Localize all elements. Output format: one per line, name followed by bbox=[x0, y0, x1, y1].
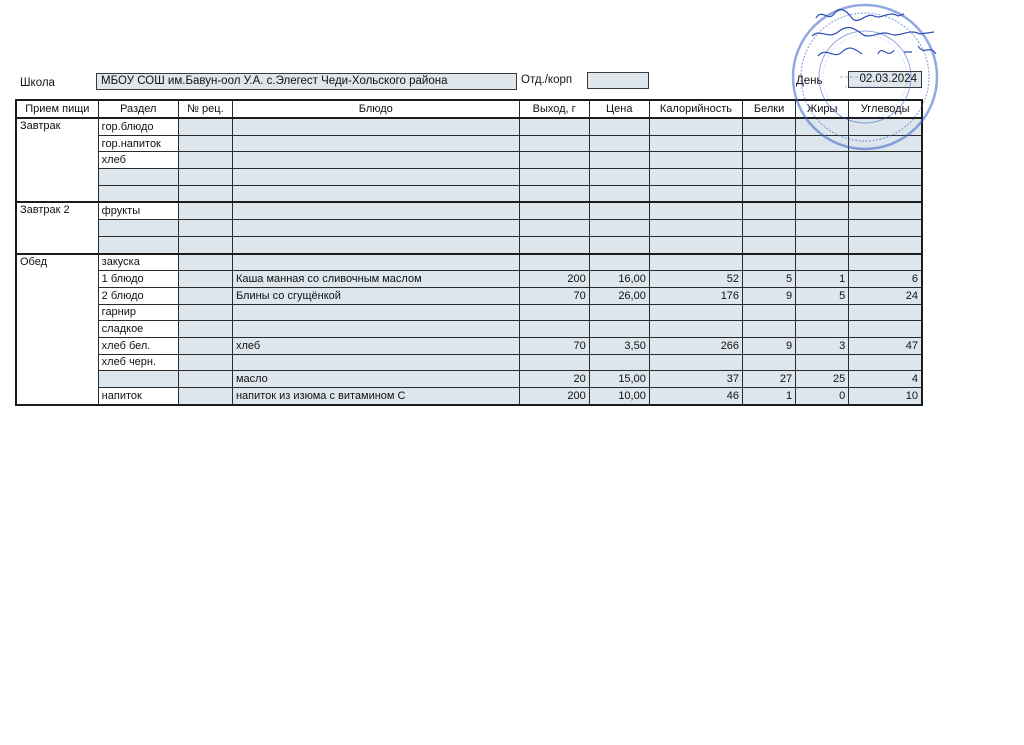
dish-cell[interactable] bbox=[232, 354, 519, 371]
section-cell[interactable] bbox=[98, 185, 178, 202]
table-row bbox=[16, 220, 922, 237]
column-header-calories: Калорийность bbox=[649, 100, 742, 118]
school-name-field[interactable]: МБОУ СОШ им.Бавун-оол У.А. с.Элегест Чед… bbox=[96, 73, 517, 90]
carbs-cell[interactable] bbox=[849, 202, 922, 219]
calories-cell[interactable] bbox=[649, 220, 742, 237]
proteins-cell[interactable] bbox=[743, 118, 796, 135]
recipe-cell[interactable] bbox=[178, 185, 232, 202]
recipe-cell[interactable] bbox=[178, 135, 232, 152]
recipe-cell[interactable] bbox=[178, 354, 232, 371]
yield-cell[interactable] bbox=[519, 220, 589, 237]
proteins-cell[interactable]: 1 bbox=[743, 388, 796, 405]
section-cell[interactable]: фрукты bbox=[98, 202, 178, 219]
carbs-cell[interactable] bbox=[849, 220, 922, 237]
price-cell[interactable] bbox=[589, 321, 649, 338]
proteins-cell[interactable]: 9 bbox=[743, 287, 796, 304]
price-cell[interactable] bbox=[589, 220, 649, 237]
calories-cell[interactable] bbox=[649, 354, 742, 371]
carbs-cell[interactable] bbox=[849, 118, 922, 135]
dish-cell[interactable] bbox=[232, 254, 519, 271]
recipe-cell[interactable] bbox=[178, 236, 232, 253]
carbs-cell[interactable] bbox=[849, 321, 922, 338]
fats-cell[interactable] bbox=[796, 118, 849, 135]
department-field[interactable] bbox=[587, 72, 649, 89]
price-cell[interactable] bbox=[589, 185, 649, 202]
yield-cell[interactable] bbox=[519, 185, 589, 202]
fats-cell[interactable] bbox=[796, 152, 849, 169]
recipe-cell[interactable] bbox=[178, 287, 232, 304]
column-header-carbs: Углеводы bbox=[849, 100, 922, 118]
price-cell[interactable] bbox=[589, 354, 649, 371]
carbs-cell[interactable]: 4 bbox=[849, 371, 922, 388]
carbs-cell[interactable] bbox=[849, 135, 922, 152]
carbs-cell[interactable] bbox=[849, 152, 922, 169]
calories-cell[interactable] bbox=[649, 185, 742, 202]
table-row bbox=[16, 185, 922, 202]
table-row: сладкое bbox=[16, 321, 922, 338]
proteins-cell[interactable] bbox=[743, 304, 796, 321]
column-header-dish: Блюдо bbox=[232, 100, 519, 118]
calories-cell[interactable] bbox=[649, 202, 742, 219]
section-cell[interactable] bbox=[98, 169, 178, 186]
price-cell[interactable] bbox=[589, 118, 649, 135]
yield-cell[interactable] bbox=[519, 321, 589, 338]
section-cell[interactable]: хлеб bbox=[98, 152, 178, 169]
meal-cell: Завтрак bbox=[16, 118, 98, 202]
table-row: хлеб черн. bbox=[16, 354, 922, 371]
calories-cell[interactable] bbox=[649, 169, 742, 186]
proteins-cell[interactable] bbox=[743, 135, 796, 152]
proteins-cell[interactable] bbox=[743, 169, 796, 186]
section-cell[interactable] bbox=[98, 236, 178, 253]
table-row: масло2015,003727254 bbox=[16, 371, 922, 388]
yield-cell[interactable] bbox=[519, 202, 589, 219]
section-cell[interactable]: гор.блюдо bbox=[98, 118, 178, 135]
carbs-cell[interactable]: 24 bbox=[849, 287, 922, 304]
price-cell[interactable]: 15,00 bbox=[589, 371, 649, 388]
table-row: гор.напиток bbox=[16, 135, 922, 152]
section-cell[interactable]: 1 блюдо bbox=[98, 271, 178, 288]
section-cell[interactable]: хлеб черн. bbox=[98, 354, 178, 371]
recipe-cell[interactable] bbox=[178, 202, 232, 219]
proteins-cell[interactable] bbox=[743, 152, 796, 169]
yield-cell[interactable] bbox=[519, 354, 589, 371]
calories-cell[interactable]: 176 bbox=[649, 287, 742, 304]
dish-cell[interactable] bbox=[232, 169, 519, 186]
fats-cell[interactable]: 3 bbox=[796, 337, 849, 354]
calories-cell[interactable] bbox=[649, 152, 742, 169]
yield-cell[interactable] bbox=[519, 304, 589, 321]
price-cell[interactable] bbox=[589, 236, 649, 253]
section-cell[interactable]: 2 блюдо bbox=[98, 287, 178, 304]
yield-cell[interactable]: 20 bbox=[519, 371, 589, 388]
calories-cell[interactable] bbox=[649, 236, 742, 253]
table-row bbox=[16, 169, 922, 186]
carbs-cell[interactable]: 47 bbox=[849, 337, 922, 354]
fats-cell[interactable]: 5 bbox=[796, 287, 849, 304]
yield-cell[interactable]: 70 bbox=[519, 287, 589, 304]
calories-cell[interactable] bbox=[649, 135, 742, 152]
meal-cell: Обед bbox=[16, 254, 98, 405]
fats-cell[interactable] bbox=[796, 304, 849, 321]
calories-cell[interactable] bbox=[649, 321, 742, 338]
dish-cell[interactable] bbox=[232, 152, 519, 169]
carbs-cell[interactable] bbox=[849, 169, 922, 186]
dish-cell[interactable] bbox=[232, 185, 519, 202]
dish-cell[interactable] bbox=[232, 202, 519, 219]
section-cell[interactable]: гарнир bbox=[98, 304, 178, 321]
yield-cell[interactable] bbox=[519, 254, 589, 271]
fats-cell[interactable] bbox=[796, 236, 849, 253]
fats-cell[interactable] bbox=[796, 220, 849, 237]
carbs-cell[interactable] bbox=[849, 354, 922, 371]
recipe-cell[interactable] bbox=[178, 321, 232, 338]
recipe-cell[interactable] bbox=[178, 152, 232, 169]
proteins-cell[interactable] bbox=[743, 220, 796, 237]
carbs-cell[interactable]: 6 bbox=[849, 271, 922, 288]
dish-cell[interactable]: хлеб bbox=[232, 337, 519, 354]
column-header-recipe: № рец. bbox=[178, 100, 232, 118]
recipe-cell[interactable] bbox=[178, 337, 232, 354]
dish-cell[interactable] bbox=[232, 220, 519, 237]
proteins-cell[interactable] bbox=[743, 185, 796, 202]
price-cell[interactable] bbox=[589, 169, 649, 186]
yield-cell[interactable] bbox=[519, 236, 589, 253]
calories-cell[interactable] bbox=[649, 254, 742, 271]
section-cell[interactable]: закуска bbox=[98, 254, 178, 271]
carbs-cell[interactable] bbox=[849, 304, 922, 321]
section-cell[interactable]: сладкое bbox=[98, 321, 178, 338]
department-label: Отд./корп bbox=[521, 74, 572, 86]
proteins-cell[interactable] bbox=[743, 236, 796, 253]
dish-cell[interactable] bbox=[232, 118, 519, 135]
carbs-cell[interactable] bbox=[849, 185, 922, 202]
column-header-meal: Прием пищи bbox=[16, 100, 98, 118]
dish-cell[interactable] bbox=[232, 135, 519, 152]
recipe-cell[interactable] bbox=[178, 220, 232, 237]
school-label: Школа bbox=[20, 77, 55, 89]
dish-cell[interactable]: Каша манная со сливочным маслом bbox=[232, 271, 519, 288]
table-row: гарнир bbox=[16, 304, 922, 321]
dish-cell[interactable] bbox=[232, 321, 519, 338]
menu-table: Прием пищиРаздел№ рец.БлюдоВыход, гЦенаК… bbox=[15, 99, 923, 406]
yield-cell[interactable] bbox=[519, 169, 589, 186]
day-field[interactable]: 02.03.2024 bbox=[848, 71, 922, 88]
proteins-cell[interactable] bbox=[743, 254, 796, 271]
calories-cell[interactable]: 266 bbox=[649, 337, 742, 354]
fats-cell[interactable]: 25 bbox=[796, 371, 849, 388]
proteins-cell[interactable]: 27 bbox=[743, 371, 796, 388]
price-cell[interactable]: 26,00 bbox=[589, 287, 649, 304]
proteins-cell[interactable] bbox=[743, 354, 796, 371]
fats-cell[interactable] bbox=[796, 169, 849, 186]
table-row bbox=[16, 236, 922, 253]
recipe-cell[interactable] bbox=[178, 118, 232, 135]
table-row: хлеб бел.хлеб703,502669347 bbox=[16, 337, 922, 354]
table-row: Обедзакуска bbox=[16, 254, 922, 271]
table-row: 1 блюдоКаша манная со сливочным маслом20… bbox=[16, 271, 922, 288]
dish-cell[interactable]: масло bbox=[232, 371, 519, 388]
fats-cell[interactable]: 1 bbox=[796, 271, 849, 288]
price-cell[interactable] bbox=[589, 202, 649, 219]
price-cell[interactable] bbox=[589, 135, 649, 152]
yield-cell[interactable]: 200 bbox=[519, 388, 589, 405]
price-cell[interactable]: 3,50 bbox=[589, 337, 649, 354]
column-header-price: Цена bbox=[589, 100, 649, 118]
yield-cell[interactable]: 70 bbox=[519, 337, 589, 354]
table-row: 2 блюдоБлины со сгущёнкой7026,001769524 bbox=[16, 287, 922, 304]
price-cell[interactable]: 10,00 bbox=[589, 388, 649, 405]
table-row: напитокнапиток из изюма с витамином С200… bbox=[16, 388, 922, 405]
proteins-cell[interactable]: 5 bbox=[743, 271, 796, 288]
yield-cell[interactable] bbox=[519, 135, 589, 152]
table-header-row: Прием пищиРаздел№ рец.БлюдоВыход, гЦенаК… bbox=[16, 100, 922, 118]
proteins-cell[interactable] bbox=[743, 202, 796, 219]
calories-cell[interactable] bbox=[649, 118, 742, 135]
section-cell[interactable] bbox=[98, 371, 178, 388]
price-cell[interactable] bbox=[589, 152, 649, 169]
proteins-cell[interactable] bbox=[743, 321, 796, 338]
carbs-cell[interactable]: 10 bbox=[849, 388, 922, 405]
recipe-cell[interactable] bbox=[178, 271, 232, 288]
recipe-cell[interactable] bbox=[178, 388, 232, 405]
fats-cell[interactable] bbox=[796, 185, 849, 202]
price-cell[interactable] bbox=[589, 304, 649, 321]
table-row: Завтрак 2фрукты bbox=[16, 202, 922, 219]
section-cell[interactable]: хлеб бел. bbox=[98, 337, 178, 354]
yield-cell[interactable] bbox=[519, 152, 589, 169]
day-label: День bbox=[796, 75, 823, 87]
fats-cell[interactable] bbox=[796, 354, 849, 371]
meal-cell: Завтрак 2 bbox=[16, 202, 98, 253]
carbs-cell[interactable] bbox=[849, 236, 922, 253]
table-row: Завтракгор.блюдо bbox=[16, 118, 922, 135]
dish-cell[interactable]: напиток из изюма с витамином С bbox=[232, 388, 519, 405]
dish-cell[interactable]: Блины со сгущёнкой bbox=[232, 287, 519, 304]
recipe-cell[interactable] bbox=[178, 304, 232, 321]
yield-cell[interactable] bbox=[519, 118, 589, 135]
proteins-cell[interactable]: 9 bbox=[743, 337, 796, 354]
calories-cell[interactable]: 37 bbox=[649, 371, 742, 388]
fats-cell[interactable] bbox=[796, 254, 849, 271]
recipe-cell[interactable] bbox=[178, 169, 232, 186]
recipe-cell[interactable] bbox=[178, 254, 232, 271]
table-row: хлеб bbox=[16, 152, 922, 169]
fats-cell[interactable] bbox=[796, 321, 849, 338]
yield-cell[interactable]: 200 bbox=[519, 271, 589, 288]
fats-cell[interactable]: 0 bbox=[796, 388, 849, 405]
director-signature bbox=[808, 4, 948, 68]
section-cell[interactable]: гор.напиток bbox=[98, 135, 178, 152]
recipe-cell[interactable] bbox=[178, 371, 232, 388]
column-header-proteins: Белки bbox=[743, 100, 796, 118]
price-cell[interactable]: 16,00 bbox=[589, 271, 649, 288]
column-header-yield: Выход, г bbox=[519, 100, 589, 118]
section-cell[interactable] bbox=[98, 220, 178, 237]
fats-cell[interactable] bbox=[796, 135, 849, 152]
calories-cell[interactable] bbox=[649, 304, 742, 321]
carbs-cell[interactable] bbox=[849, 254, 922, 271]
column-header-fats: Жиры bbox=[796, 100, 849, 118]
dish-cell[interactable] bbox=[232, 304, 519, 321]
section-cell[interactable]: напиток bbox=[98, 388, 178, 405]
dish-cell[interactable] bbox=[232, 236, 519, 253]
calories-cell[interactable]: 52 bbox=[649, 271, 742, 288]
calories-cell[interactable]: 46 bbox=[649, 388, 742, 405]
column-header-section: Раздел bbox=[98, 100, 178, 118]
price-cell[interactable] bbox=[589, 254, 649, 271]
fats-cell[interactable] bbox=[796, 202, 849, 219]
